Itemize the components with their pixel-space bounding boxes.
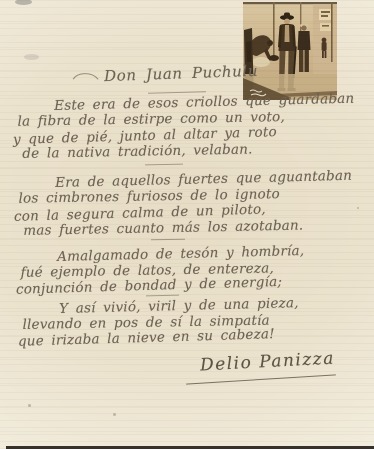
paper-speck xyxy=(113,413,116,416)
signature-underline xyxy=(186,374,336,385)
divider-flourish xyxy=(145,164,183,166)
flourish-stroke xyxy=(70,70,100,84)
paper-smudge xyxy=(15,0,32,5)
poem-stanza-4: Y así vivió, viril y de una pieza, lleva… xyxy=(17,295,300,348)
divider-flourish xyxy=(146,295,179,297)
poem-stanza-3: Amalgamado de tesón y hombría, fué ejemp… xyxy=(15,243,305,297)
dedication-text: Don Juan Puchulu xyxy=(104,62,259,85)
poem-stanza-2: Era de aquellos fuertes que aguantaban l… xyxy=(13,168,353,240)
street-photo xyxy=(243,2,337,100)
paper-speck xyxy=(357,207,359,209)
dedication-underline xyxy=(148,91,206,94)
paper-speck xyxy=(28,404,31,407)
divider-flourish xyxy=(151,239,185,241)
poem-stanza-1: Este era de esos criollos que guardaban … xyxy=(12,91,356,163)
dedication: Don Juan Puchulu xyxy=(70,61,259,87)
scanned-manuscript-page: Don Juan Puchulu Este era de esos crioll… xyxy=(0,0,374,449)
paper-smudge xyxy=(24,54,39,60)
author-signature: Delio Panizza xyxy=(200,348,336,375)
